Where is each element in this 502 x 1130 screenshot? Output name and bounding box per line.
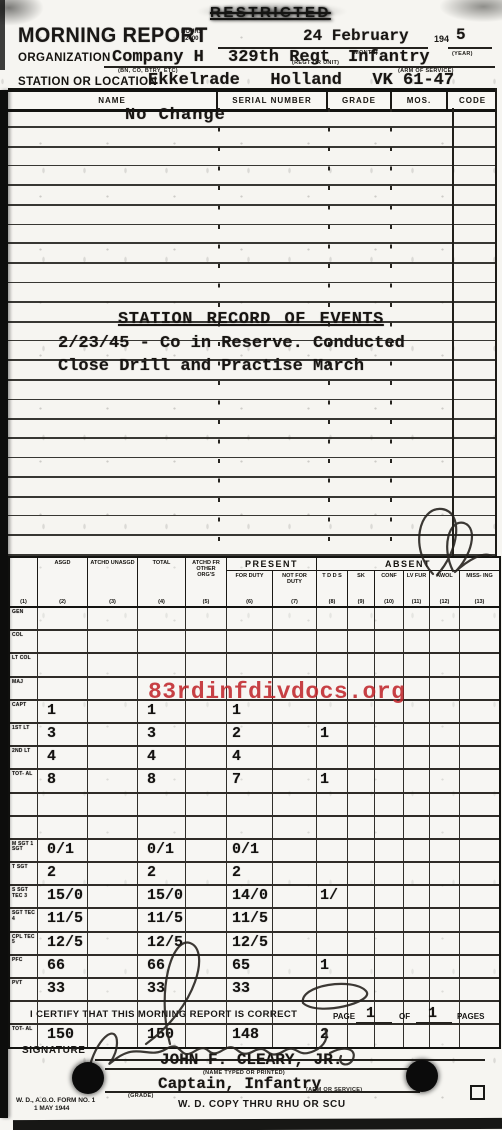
punch-hole-right: [406, 1060, 438, 1092]
of-label: OF: [399, 1012, 410, 1021]
strength-cell-asgd: 3: [38, 724, 88, 745]
strength-cell-asgd: 15/0: [38, 886, 88, 907]
strength-cell-atchd_unasgd: [88, 608, 138, 629]
strength-cell-for_duty: 0/1: [227, 840, 273, 861]
strength-group-present: PRESENT: [227, 558, 317, 571]
page-number-rule: [356, 1022, 392, 1024]
strength-cell-tds: [317, 933, 348, 954]
roster-ruled-area: [8, 108, 497, 556]
scan-edge-bottom: [13, 1118, 502, 1130]
roster-col-grade: GRADE: [328, 92, 392, 109]
strength-cell-lv_fur: [404, 909, 430, 930]
strength-cell-tds: 1: [317, 956, 348, 977]
strength-cell-missing: [460, 886, 499, 907]
strength-row: TOT- AL8871: [10, 770, 499, 793]
strength-cell-not_for_duty: [273, 747, 317, 768]
strength-cell-not_for_duty: [273, 863, 317, 884]
ruled-row: [8, 498, 497, 517]
strength-cell-atchd_fr: [186, 933, 227, 954]
strength-cell-sk: [348, 956, 375, 977]
strength-cell-lv_fur: [404, 979, 430, 1000]
strength-cell-for_duty: 11/5: [227, 909, 273, 930]
strength-rank-label: TOT- AL: [10, 770, 38, 791]
strength-cell-lv_fur: [404, 956, 430, 977]
strength-col-awol: AWOL(12): [430, 571, 460, 606]
strength-col-rank: (1): [10, 558, 38, 606]
signature-label: SIGNATURE: [22, 1045, 86, 1056]
strength-cell-missing: [460, 933, 499, 954]
strength-cell-not_for_duty: [273, 956, 317, 977]
strength-cell-awol: [430, 933, 460, 954]
strength-cell-missing: [460, 724, 499, 745]
strength-cell-missing: [460, 840, 499, 861]
strength-row: SGT TEC 411/511/511/5: [10, 909, 499, 932]
ruled-row: [8, 108, 497, 128]
strength-cell-for_duty: [227, 794, 273, 815]
strength-cell-missing: [460, 747, 499, 768]
strength-cell-lv_fur: [404, 654, 430, 675]
strength-cell-atchd_unasgd: [88, 886, 138, 907]
ruled-row: [8, 516, 497, 536]
strength-cell-tds: [317, 654, 348, 675]
strength-cell-lv_fur: [404, 840, 430, 861]
strength-cell-sk: [348, 747, 375, 768]
year-sub-label: (YEAR): [452, 51, 473, 57]
strength-cell-lv_fur: [404, 886, 430, 907]
strength-cell-conf: [375, 724, 404, 745]
strength-cell-awol: [430, 770, 460, 791]
strength-cell-atchd_fr: [186, 886, 227, 907]
strength-cell-atchd_unasgd: [88, 631, 138, 652]
copy-routing-note: W. D. COPY THRU RHU OR SCU: [178, 1099, 346, 1110]
strength-rank-label: MAJ: [10, 678, 38, 699]
scan-smudge-top-right: [440, 0, 502, 22]
events-line-1: 2/23/45 - Co in Reserve. Conducted: [58, 334, 405, 353]
corner-square-mark: [470, 1085, 485, 1100]
strength-cell-lv_fur: [404, 608, 430, 629]
strength-rank-label: M SGT 1 SGT: [10, 840, 38, 861]
strength-cell-atchd_fr: [186, 863, 227, 884]
station-label: STATION OR LOCATION: [18, 76, 157, 88]
strength-cell-for_duty: 7: [227, 770, 273, 791]
strength-cell-not_for_duty: [273, 794, 317, 815]
strength-rank-label: LT COL: [10, 654, 38, 675]
strength-cell-conf: [375, 956, 404, 977]
strength-cell-conf: [375, 863, 404, 884]
strength-cell-tds: [317, 817, 348, 838]
strength-cell-awol: [430, 747, 460, 768]
strength-cell-not_for_duty: [273, 770, 317, 791]
strength-cell-atchd_unasgd: [88, 840, 138, 861]
strength-cell-atchd_fr: [186, 631, 227, 652]
strength-rank-label: [10, 817, 38, 838]
strength-cell-tds: [317, 979, 348, 1000]
strength-cell-asgd: 2: [38, 863, 88, 884]
strength-cell-atchd_fr: [186, 747, 227, 768]
roster-col-code: CODE: [448, 92, 497, 109]
scan-smudge-top-left: [0, 0, 44, 26]
strength-cell-for_duty: 14/0: [227, 886, 273, 907]
strength-cell-atchd_unasgd: [88, 654, 138, 675]
grade-sub-label: (GRADE): [128, 1093, 154, 1099]
strength-row: T SGT222: [10, 863, 499, 886]
strength-col-tds: T D D S(8): [317, 571, 348, 606]
certify-statement: I CERTIFY THAT THIS MORNING REPORT IS CO…: [30, 1009, 297, 1020]
strength-cell-awol: [430, 794, 460, 815]
strength-cell-total: 0/1: [138, 840, 186, 861]
year-rule-line: [448, 47, 492, 49]
strength-cell-total: 11/5: [138, 909, 186, 930]
strength-cell-atchd_fr: [186, 979, 227, 1000]
ruled-row: [8, 283, 497, 303]
ruled-row: [8, 128, 497, 148]
events-line-2: Close Drill and Practise March: [58, 357, 364, 376]
strength-rank-label: PFC: [10, 956, 38, 977]
strength-cell-for_duty: [227, 631, 273, 652]
strength-cell-awol: [430, 724, 460, 745]
strength-cell-for_duty: 33: [227, 979, 273, 1000]
strength-rank-label: CPL TEC 5: [10, 933, 38, 954]
strength-row: PFC6666651: [10, 956, 499, 979]
strength-cell-missing: [460, 863, 499, 884]
strength-cell-atchd_fr: [186, 724, 227, 745]
punch-hole-left: [72, 1062, 104, 1094]
year-prefix: 194: [434, 34, 449, 44]
strength-cell-tds: [317, 863, 348, 884]
strength-col-asgd: ASGD(2): [38, 558, 88, 606]
ruled-row: [8, 166, 497, 186]
strength-cell-atchd_unasgd: [88, 794, 138, 815]
pages-label: PAGES: [457, 1012, 484, 1021]
ruled-row: [8, 458, 497, 478]
strength-cell-awol: [430, 1025, 460, 1046]
strength-cell-conf: [375, 747, 404, 768]
strength-cell-awol: [430, 956, 460, 977]
strength-cell-for_duty: 2: [227, 863, 273, 884]
strength-cell-sk: [348, 1025, 375, 1046]
strength-cell-conf: [375, 654, 404, 675]
strength-row: TOT- AL1501501482: [10, 1025, 499, 1046]
strength-cell-for_duty: 2: [227, 724, 273, 745]
form-title: MORNING REPORT: [18, 24, 208, 48]
strength-cell-for_duty: [227, 817, 273, 838]
strength-cell-total: 15/0: [138, 886, 186, 907]
strength-cell-awol: [430, 979, 460, 1000]
strength-cell-atchd_unasgd: [88, 909, 138, 930]
strength-cell-not_for_duty: [273, 631, 317, 652]
strength-cell-lv_fur: [404, 933, 430, 954]
strength-cell-awol: [430, 886, 460, 907]
roster-col-serial: SERIAL NUMBER: [218, 92, 328, 109]
strength-col-atchd-fr: ATCHD FR OTHER ORG'S(5): [186, 558, 227, 606]
strength-row: 2ND LT444: [10, 747, 499, 770]
strength-cell-asgd: [38, 654, 88, 675]
strength-cell-conf: [375, 631, 404, 652]
strength-cell-lv_fur: [404, 770, 430, 791]
strength-cell-awol: [430, 678, 460, 699]
strength-cell-atchd_unasgd: [88, 724, 138, 745]
strength-cell-asgd: 0/1: [38, 840, 88, 861]
strength-cell-tds: [317, 631, 348, 652]
pages-total-value: 1: [428, 1005, 437, 1022]
strength-row: LT COL: [10, 654, 499, 677]
strength-cell-missing: [460, 678, 499, 699]
strength-cell-atchd_unasgd: [88, 1025, 138, 1046]
strength-cell-tds: [317, 747, 348, 768]
strength-cell-awol: [430, 654, 460, 675]
organization-unit-value: Company H: [112, 48, 204, 67]
strength-cell-atchd_unasgd: [88, 979, 138, 1000]
strength-rank-label: GEN: [10, 608, 38, 629]
ruled-row: [8, 244, 497, 264]
strength-cell-not_for_duty: [273, 933, 317, 954]
strength-cell-atchd_fr: [186, 794, 227, 815]
strength-cell-asgd: [38, 794, 88, 815]
strength-cell-sk: [348, 724, 375, 745]
strength-cell-tds: [317, 608, 348, 629]
strength-row: [10, 794, 499, 817]
strength-col-missing: MISS- ING(13): [460, 571, 499, 606]
strength-cell-missing: [460, 909, 499, 930]
strength-cell-tds: [317, 909, 348, 930]
strength-cell-asgd: [38, 631, 88, 652]
strength-cell-missing: [460, 794, 499, 815]
strength-cell-sk: [348, 909, 375, 930]
roster-divider-code: [452, 108, 454, 556]
strength-cell-not_for_duty: [273, 909, 317, 930]
strength-cell-lv_fur: [404, 747, 430, 768]
strength-cell-total: 4: [138, 747, 186, 768]
strength-cell-conf: [375, 817, 404, 838]
events-title: STATION RECORD OF EVENTS: [118, 310, 384, 329]
strength-cell-atchd_unasgd: [88, 701, 138, 722]
strength-cell-atchd_unasgd: [88, 747, 138, 768]
strength-cell-tds: [317, 840, 348, 861]
strength-cell-conf: [375, 608, 404, 629]
strength-cell-atchd_unasgd: [88, 817, 138, 838]
strength-cell-missing: [460, 1025, 499, 1046]
ruled-row: [8, 186, 497, 206]
strength-row: M SGT 1 SGT0/10/10/1: [10, 840, 499, 863]
strength-cell-conf: [375, 840, 404, 861]
organization-arm-value: Infantry: [348, 48, 430, 67]
strength-cell-sk: [348, 840, 375, 861]
strength-cell-not_for_duty: [273, 840, 317, 861]
strength-cell-for_duty: [227, 608, 273, 629]
strength-rank-label: TOT- AL: [10, 1025, 38, 1046]
strength-cell-for_duty: 148: [227, 1025, 273, 1046]
roster-entry-no-change: No Change: [125, 106, 226, 125]
strength-cell-for_duty: [227, 654, 273, 675]
strength-cell-lv_fur: [404, 724, 430, 745]
strength-cell-atchd_fr: [186, 956, 227, 977]
strength-col-not-for-duty: NOT FOR DUTY(7): [273, 571, 317, 606]
strength-row: CPL TEC 512/512/512/5: [10, 933, 499, 956]
strength-cell-awol: [430, 909, 460, 930]
strength-cell-for_duty: 12/5: [227, 933, 273, 954]
strength-cell-atchd_unasgd: [88, 770, 138, 791]
strength-cell-total: 33: [138, 979, 186, 1000]
strength-cell-total: [138, 794, 186, 815]
strength-rank-label: CAPT: [10, 701, 38, 722]
strength-cell-lv_fur: [404, 817, 430, 838]
strength-cell-awol: [430, 863, 460, 884]
strength-cell-awol: [430, 840, 460, 861]
strength-row: GEN: [10, 608, 499, 631]
strength-row: 1ST LT3321: [10, 724, 499, 747]
strength-cell-conf: [375, 933, 404, 954]
ruled-row: [8, 536, 497, 556]
strength-col-sk: SK(9): [348, 571, 375, 606]
ruled-row: [8, 400, 497, 420]
strength-cell-for_duty: 4: [227, 747, 273, 768]
strength-table: (1) ASGD(2) ATCHD UNASGD(3) TOTAL(4) ATC…: [8, 556, 501, 1049]
restricted-stamp: RESTRICTED: [210, 4, 331, 21]
strength-cell-lv_fur: [404, 631, 430, 652]
strength-cell-total: 66: [138, 956, 186, 977]
org-sub-label-regt: (REGT OR UNIT): [292, 60, 339, 66]
strength-cell-tds: 1: [317, 770, 348, 791]
ruled-row: [8, 206, 497, 225]
strength-cell-conf: [375, 886, 404, 907]
strength-cell-tds: [317, 794, 348, 815]
report-date-value: 24 February: [303, 27, 409, 45]
strength-rank-label: 1ST LT: [10, 724, 38, 745]
strength-cell-lv_fur: [404, 863, 430, 884]
strength-cell-total: [138, 631, 186, 652]
strength-cell-total: 150: [138, 1025, 186, 1046]
hours-note: HOURS 2400: [181, 29, 203, 43]
strength-cell-sk: [348, 979, 375, 1000]
strength-cell-conf: [375, 770, 404, 791]
year-value: 5: [456, 26, 466, 44]
strength-cell-conf: [375, 979, 404, 1000]
strength-col-atchd-unasgd: ATCHD UNASGD(3): [88, 558, 138, 606]
strength-cell-not_for_duty: [273, 654, 317, 675]
strength-row: COL: [10, 631, 499, 654]
strength-cell-missing: [460, 956, 499, 977]
strength-cell-asgd: 12/5: [38, 933, 88, 954]
ruled-row: [8, 148, 497, 167]
strength-cell-total: 2: [138, 863, 186, 884]
strength-cell-total: [138, 608, 186, 629]
strength-cell-for_duty: 65: [227, 956, 273, 977]
strength-cell-awol: [430, 701, 460, 722]
strength-cell-asgd: 66: [38, 956, 88, 977]
strength-cell-asgd: 11/5: [38, 909, 88, 930]
page-label: PAGE: [333, 1012, 355, 1021]
strength-cell-not_for_duty: [273, 817, 317, 838]
strength-table-body: GENCOLLT COLMAJCAPT1111ST LT33212ND LT44…: [10, 608, 499, 1047]
strength-cell-conf: [375, 909, 404, 930]
strength-cell-asgd: 150: [38, 1025, 88, 1046]
strength-cell-tds: 2: [317, 1025, 348, 1046]
strength-rank-label: 2ND LT: [10, 747, 38, 768]
ruled-row: [8, 225, 497, 245]
strength-cell-sk: [348, 886, 375, 907]
strength-cell-atchd_unasgd: [88, 678, 138, 699]
strength-group-absent: ABSENT: [317, 558, 499, 571]
strength-cell-awol: [430, 631, 460, 652]
strength-col-lv-fur: LV FUR(11): [404, 571, 430, 606]
ruled-row: [8, 381, 497, 400]
strength-cell-atchd_fr: [186, 909, 227, 930]
strength-rank-label: SGT TEC 4: [10, 909, 38, 930]
roster-col-mos: MOS.: [392, 92, 448, 109]
ruled-row: [8, 420, 497, 440]
strength-cell-missing: [460, 608, 499, 629]
roster-divider-grade: [328, 108, 330, 556]
strength-cell-tds: 1/: [317, 886, 348, 907]
strength-rank-label: T SGT: [10, 863, 38, 884]
strength-cell-missing: [460, 817, 499, 838]
watermark-text: 83rdinfdivdocs.org: [148, 679, 405, 705]
strength-cell-conf: [375, 794, 404, 815]
ruled-row: [8, 478, 497, 498]
strength-cell-atchd_fr: [186, 608, 227, 629]
strength-row: [10, 817, 499, 840]
strength-cell-lv_fur: [404, 794, 430, 815]
organization-label: ORGANIZATION: [18, 52, 111, 64]
strength-cell-missing: [460, 770, 499, 791]
strength-cell-asgd: [38, 608, 88, 629]
strength-cell-awol: [430, 608, 460, 629]
strength-cell-sk: [348, 608, 375, 629]
strength-cell-atchd_fr: [186, 654, 227, 675]
strength-cell-asgd: 1: [38, 701, 88, 722]
strength-cell-asgd: [38, 678, 88, 699]
strength-cell-missing: [460, 701, 499, 722]
strength-cell-atchd_fr: [186, 817, 227, 838]
strength-cell-sk: [348, 631, 375, 652]
strength-cell-missing: [460, 979, 499, 1000]
strength-cell-total: 12/5: [138, 933, 186, 954]
strength-col-conf: CONF(10): [375, 571, 404, 606]
pages-total-rule: [416, 1022, 452, 1024]
strength-cell-total: 3: [138, 724, 186, 745]
strength-cell-missing: [460, 654, 499, 675]
strength-row: PVT333333: [10, 979, 499, 1002]
roster-divider-serial: [218, 108, 220, 556]
strength-rank-label: S SGT TEC 3: [10, 886, 38, 907]
strength-col-total: TOTAL(4): [138, 558, 186, 606]
strength-cell-atchd_fr: [186, 770, 227, 791]
strength-cell-sk: [348, 933, 375, 954]
roster-divider-mos: [390, 108, 392, 556]
strength-cell-not_for_duty: [273, 1025, 317, 1046]
strength-cell-atchd_unasgd: [88, 933, 138, 954]
strength-cell-atchd_fr: [186, 1025, 227, 1046]
strength-cell-not_for_duty: [273, 724, 317, 745]
strength-cell-total: [138, 654, 186, 675]
strength-cell-tds: 1: [317, 724, 348, 745]
strength-cell-sk: [348, 817, 375, 838]
strength-cell-sk: [348, 770, 375, 791]
ruled-row: [8, 264, 497, 283]
strength-cell-lv_fur: [404, 701, 430, 722]
scan-edge-top-left: [0, 0, 5, 70]
scan-edge-left: [0, 90, 8, 1118]
strength-cell-asgd: [38, 817, 88, 838]
strength-cell-missing: [460, 631, 499, 652]
strength-cell-conf: [375, 1025, 404, 1046]
strength-rank-label: [10, 794, 38, 815]
strength-rank-label: PVT: [10, 979, 38, 1000]
strength-col-for-duty: FOR DUTY(6): [227, 571, 273, 606]
strength-cell-atchd_unasgd: [88, 956, 138, 977]
strength-cell-not_for_duty: [273, 886, 317, 907]
ruled-row: [8, 439, 497, 458]
